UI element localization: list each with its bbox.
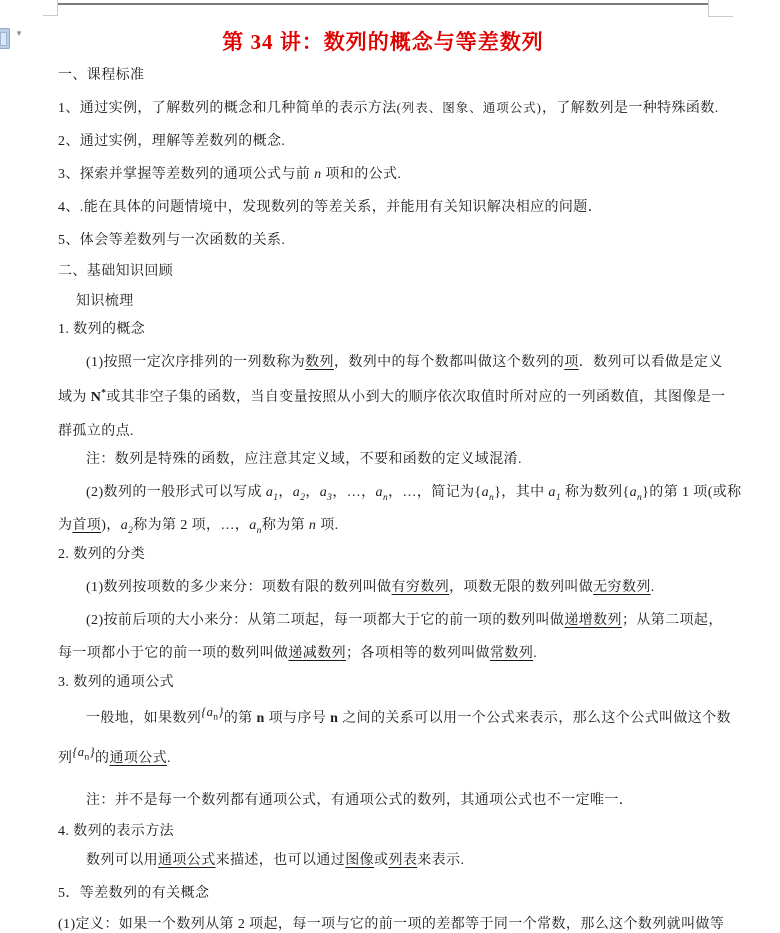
text-segment: 5．等差数列的有关概念 xyxy=(58,886,209,901)
heading-5-arithmetic: 5．等差数列的有关概念 xyxy=(58,882,209,901)
text-segment: 数列可以用 xyxy=(86,853,158,868)
margin-crop-mark-left-horizontal xyxy=(43,15,58,16)
text-segment: ，…，简记为{ xyxy=(388,485,482,500)
text-segment: }，其中 xyxy=(494,485,548,500)
heading-4-representation: 4. 数列的表示方法 xyxy=(58,820,174,839)
para-2-2-line1: (2)按前后项的大小来分：从第二项起，每一项都大于它的前一项的数列叫做递增数列；… xyxy=(86,609,723,628)
text-segment: (1)数列按项数的多少来分：项数有限的数列叫做 xyxy=(86,580,392,595)
text-segment: a1 xyxy=(548,485,561,500)
header-border-line xyxy=(58,3,708,5)
text-segment: ，项数无限的数列叫做 xyxy=(449,580,593,595)
text-segment: 有穷数列 xyxy=(392,580,450,595)
para-1-1-line1: (1)按照一定次序排列的一列数称为数列，数列中的每个数都叫做这个数列的项．数列可… xyxy=(86,351,723,370)
text-segment: 通项公式 xyxy=(158,853,216,868)
heading-knowledge-review: 二、基础知识回顾 xyxy=(58,260,173,279)
note-3: 注：并不是每一个数列都有通项公式，有通项公式的数列，其通项公式也不一定唯一． xyxy=(86,789,633,808)
text-segment: 2、通过实例，理解等差数列的概念. xyxy=(58,134,285,149)
text-segment: 2. 数列的分类 xyxy=(58,547,145,562)
para-5-1: (1)定义：如果一个数列从第 2 项起，每一项与它的前一项的差都等于同一个常数，… xyxy=(58,913,724,932)
text-segment: 一般地，如果数列 xyxy=(86,711,201,726)
text-segment: ，…， xyxy=(332,485,375,500)
text-segment: 项和的公式. xyxy=(322,167,402,182)
text-segment: 项与序号 xyxy=(265,711,330,726)
text-segment: 无穷数列 xyxy=(593,580,651,595)
text-segment: 递增数列 xyxy=(564,613,622,628)
text-segment: (列表、图象、通项公式) xyxy=(397,101,542,115)
text-segment: 3、探索并掌握等差数列的通项公式与前 xyxy=(58,167,314,182)
para-1-2-line2: 为首项)，a2称为第 2 项，…，an称为第 n 项. xyxy=(58,514,339,533)
text-segment: 列表 xyxy=(388,853,417,868)
item-4: 4、.能在具体的问题情境中，发现数列的等差关系，并能用有关知识解决相应的问题． xyxy=(58,196,602,215)
item-2: 2、通过实例，理解等差数列的概念. xyxy=(58,130,285,149)
text-segment: a1 xyxy=(266,485,279,500)
text-segment: 注：数列是特殊的函数，应注意其定义域，不要和函数的定义域混淆. xyxy=(86,452,522,467)
text-segment: n xyxy=(257,711,265,726)
para-3-line1: 一般地，如果数列{an}的第 n 项与序号 n 之间的关系可以用一个公式来表示，… xyxy=(86,707,731,726)
text-segment: ．数列可以看做是定义 xyxy=(579,355,723,370)
text-segment: 称为数列{ xyxy=(561,485,630,500)
text-segment: 来表示. xyxy=(417,853,464,868)
text-segment: ，数列中的每个数都叫做这个数列的 xyxy=(334,355,564,370)
text-segment: a2 xyxy=(121,518,134,533)
text-segment: 的 xyxy=(95,751,109,766)
document-page: ▾ 第 34 讲：数列的概念与等差数列 一、课程标准1、通过实例，了解数列的概念… xyxy=(0,0,780,933)
text-segment: . xyxy=(167,751,171,766)
heading-3-general-term: 3. 数列的通项公式 xyxy=(58,671,174,690)
text-segment: 群孤立的点. xyxy=(58,424,134,439)
text-segment: . xyxy=(533,646,537,661)
para-2-2-line2: 每一项都小于它的前一项的数列叫做递减数列；各项相等的数列叫做常数列. xyxy=(58,642,537,661)
text-segment: 知识梳理 xyxy=(76,294,134,309)
text-segment: ，了解数列是一种特殊函数. xyxy=(542,101,719,116)
text-segment: (1)定义：如果一个数列从第 2 项起，每一项与它的前一项的差都等于同一个常数，… xyxy=(58,917,724,932)
text-segment: 项. xyxy=(316,518,338,533)
para-1-1-line3: 群孤立的点. xyxy=(58,420,134,439)
heading-2-classification: 2. 数列的分类 xyxy=(58,543,145,562)
margin-crop-mark-right-horizontal xyxy=(708,16,733,17)
text-segment: 图像 xyxy=(345,853,374,868)
text-segment: 来描述，也可以通过 xyxy=(216,853,346,868)
para-3-line2: 列{an}的通项公式. xyxy=(58,747,171,766)
text-segment: 称为第 xyxy=(262,518,309,533)
margin-crop-mark-left-vertical xyxy=(57,0,58,16)
text-segment: 通项公式 xyxy=(109,751,167,766)
text-segment: 项 xyxy=(564,355,578,370)
text-segment: 列 xyxy=(58,751,72,766)
text-segment: 或 xyxy=(374,853,388,868)
item-5: 5、体会等差数列与一次函数的关系. xyxy=(58,229,285,248)
text-segment: 3. 数列的通项公式 xyxy=(58,675,174,690)
dropdown-arrow-icon[interactable]: ▾ xyxy=(11,27,27,41)
text-segment: ， xyxy=(278,485,292,500)
text-segment: {an} xyxy=(72,745,95,759)
text-segment: (2)数列的一般形式可以写成 xyxy=(86,485,266,500)
paste-options-icon[interactable] xyxy=(0,28,10,49)
para-1-1-line2: 域为 N*或其非空子集的函数，当自变量按照从小到大的顺序依次取值时所对应的一列函… xyxy=(58,386,726,405)
text-segment: 4、.能在具体的问题情境中，发现数列的等差关系，并能用有关知识解决相应的问题． xyxy=(58,200,602,215)
text-segment: a2 xyxy=(293,485,306,500)
margin-crop-mark-right-vertical xyxy=(708,0,709,17)
text-segment: a3 xyxy=(320,485,333,500)
para-4: 数列可以用通项公式来描述，也可以通过图像或列表来表示. xyxy=(86,849,464,868)
text-segment: 注：并不是每一个数列都有通项公式，有通项公式的数列，其通项公式也不一定唯一． xyxy=(86,793,633,808)
text-segment: 的第 xyxy=(224,711,257,726)
text-segment: 常数列 xyxy=(490,646,533,661)
para-2-1: (1)数列按项数的多少来分：项数有限的数列叫做有穷数列，项数无限的数列叫做无穷数… xyxy=(86,576,655,595)
text-segment: 每一项都小于它的前一项的数列叫做 xyxy=(58,646,288,661)
heading-1-concept: 1. 数列的概念 xyxy=(58,318,145,337)
text-segment: 称为第 2 项，…， xyxy=(133,518,249,533)
heading-course-standard: 一、课程标准 xyxy=(58,64,144,83)
text-segment: 5、体会等差数列与一次函数的关系. xyxy=(58,233,285,248)
text-segment: 数列 xyxy=(305,355,334,370)
text-segment: )， xyxy=(101,518,120,533)
text-segment: 或其非空子集的函数，当自变量按照从小到大的顺序依次取值时所对应的一列函数值，其图… xyxy=(106,390,725,405)
text-segment: an xyxy=(249,518,262,533)
text-segment: 首项 xyxy=(72,518,101,533)
text-segment: 4. 数列的表示方法 xyxy=(58,824,174,839)
note-1: 注：数列是特殊的函数，应注意其定义域，不要和函数的定义域混淆. xyxy=(86,448,522,467)
text-segment: 之间的关系可以用一个公式来表示，那么这个公式叫做这个数 xyxy=(338,711,731,726)
clipboard-sheet-icon xyxy=(0,32,7,46)
text-segment: 一、课程标准 xyxy=(58,68,144,83)
text-segment: ；各项相等的数列叫做 xyxy=(346,646,490,661)
text-segment: . xyxy=(651,580,655,595)
para-1-2-line1: (2)数列的一般形式可以写成 a1，a2，a3，…，an，…，简记为{an}，其… xyxy=(86,481,742,500)
text-segment: {an} xyxy=(201,705,224,719)
item-1: 1、通过实例，了解数列的概念和几种简单的表示方法(列表、图象、通项公式)，了解数… xyxy=(58,97,719,116)
text-segment: 二、基础知识回顾 xyxy=(58,264,173,279)
text-segment: 1、通过实例，了解数列的概念和几种简单的表示方法 xyxy=(58,101,397,116)
text-segment: N* xyxy=(91,390,107,405)
subheading-knowledge-outline: 知识梳理 xyxy=(76,290,134,309)
text-segment: 为 xyxy=(58,518,72,533)
text-segment: }的第 1 项(或称 xyxy=(642,485,741,500)
item-3: 3、探索并掌握等差数列的通项公式与前 n 项和的公式. xyxy=(58,163,401,182)
text-segment: an xyxy=(376,485,389,500)
text-segment: (2)按前后项的大小来分：从第二项起，每一项都大于它的前一项的数列叫做 xyxy=(86,613,564,628)
page-title: 第 34 讲：数列的概念与等差数列 xyxy=(58,26,708,56)
text-segment: ；从第二项起， xyxy=(622,613,723,628)
text-segment: n xyxy=(314,167,321,182)
text-segment: an xyxy=(482,485,495,500)
text-segment: an xyxy=(630,485,643,500)
text-segment: ， xyxy=(305,485,319,500)
text-segment: (1)按照一定次序排列的一列数称为 xyxy=(86,355,305,370)
text-segment: 域为 xyxy=(58,390,91,405)
text-segment: 1. 数列的概念 xyxy=(58,322,145,337)
text-segment: 递减数列 xyxy=(288,646,346,661)
